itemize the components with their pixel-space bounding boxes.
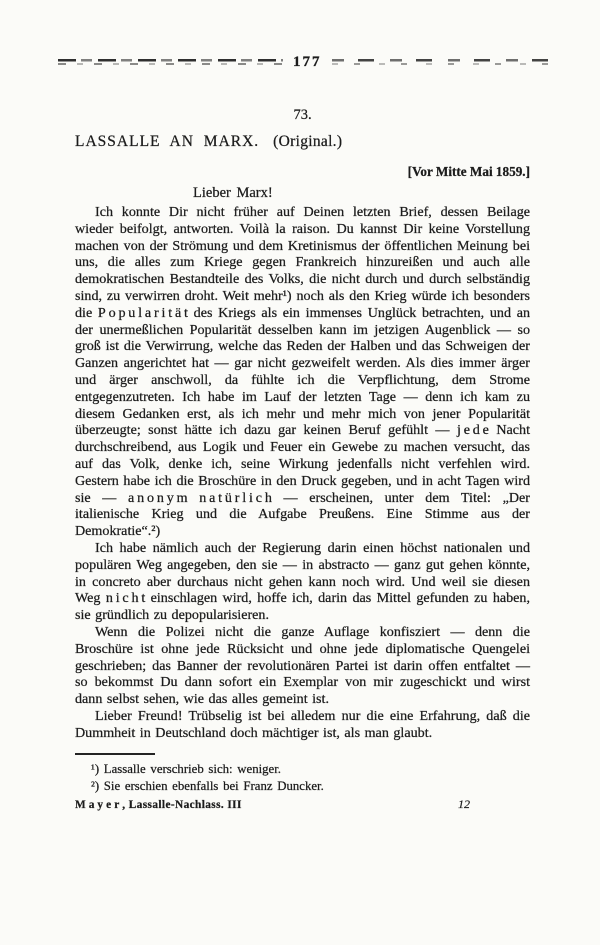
imprint: M a y e r , Lassalle-Nachlass. III [75,799,242,811]
footnote: ²) Sie erschien ebenfalls bei Franz Dunc… [91,778,530,795]
page-number-bottom: 12 [458,797,530,812]
letter-paragraph: Lieber Freund! Trübselig ist bei alledem… [75,708,530,742]
letter-heading-line: LASSALLE AN MARX.(Original.) [75,133,530,151]
scan-artifact-right [332,59,551,66]
letter-paragraph: Ich habe nämlich auch der Regierung dari… [75,540,530,624]
page-number-top: 177 [293,55,322,70]
scan-artifact-left [58,59,283,66]
letter-heading-suffix: (Original.) [273,133,342,150]
book-page: 177 73. LASSALLE AN MARX.(Original.) [Vo… [0,0,600,945]
letter-body: Ich konnte Dir nicht früher auf Deinen l… [75,204,530,742]
letter-date-note: [Vor Mitte Mai 1859.] [75,164,530,180]
running-head: 177 [58,55,550,70]
imprint-row: M a y e r , Lassalle-Nachlass. III 12 [75,797,530,812]
letter-salutation: Lieber Marx! [193,185,530,202]
letter-paragraph: Wenn die Polizei nicht die ganze Auflage… [75,624,530,708]
footnote-rule [75,753,155,755]
letter-content: 73. LASSALLE AN MARX.(Original.) [Vor Mi… [75,107,530,812]
letter-section-number: 73. [75,107,530,124]
footnotes: ¹) Lassalle verschrieb sich: weniger.²) … [75,761,530,795]
letter-paragraph: Ich konnte Dir nicht früher auf Deinen l… [75,204,530,540]
footnote-block: ¹) Lassalle verschrieb sich: weniger.²) … [75,753,530,812]
letter-heading: LASSALLE AN MARX. [75,133,259,150]
footnote: ¹) Lassalle verschrieb sich: weniger. [91,761,530,778]
